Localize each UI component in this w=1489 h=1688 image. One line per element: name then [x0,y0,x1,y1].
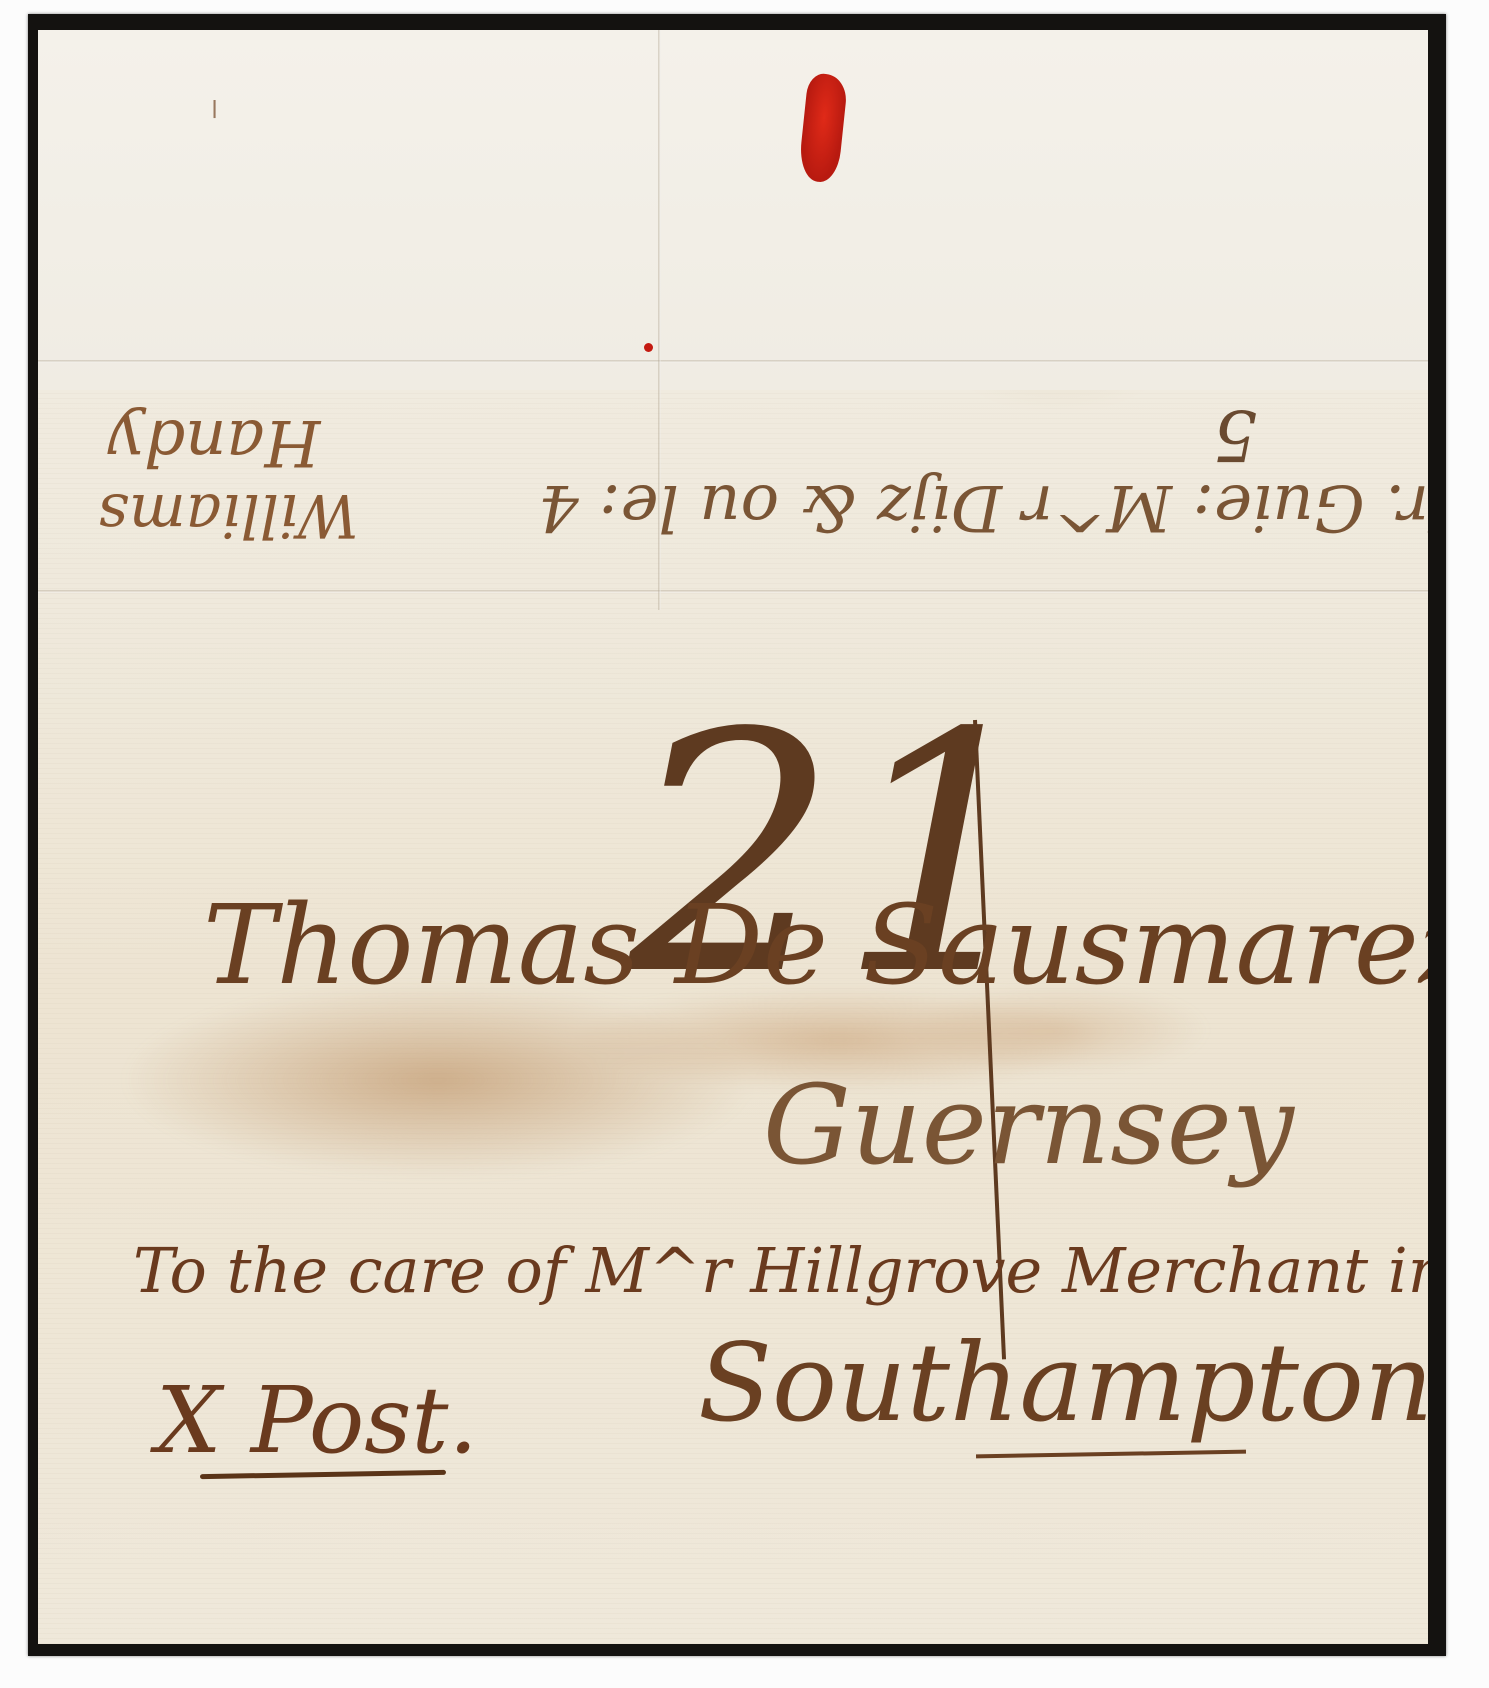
fold-line [38,360,1428,363]
care-of-line: To the care of M^r Hillgrove Merchant in [133,1240,1428,1302]
postmark-handstamp: — [198,100,233,128]
addressee-place: Guernsey [763,1070,1294,1180]
fold-line [38,590,1428,593]
docket-line-1: Handy [108,410,320,474]
docket-line-3: Mr. Guie: M^r Dijz & ou le: 4 [538,475,1428,539]
city-underline [976,1450,1246,1459]
letter-sheet: — Handy Williams Mr. Guie: M^r Dijz & ou… [38,30,1428,1644]
docket-number: 5 [1213,400,1258,470]
wax-seal-fleck [644,343,653,352]
forwarding-city: Southampton [698,1330,1428,1438]
top-flap [38,30,1428,390]
docket-line-2: Williams [98,485,359,545]
route-instruction: X Post. [156,1375,478,1467]
addressee-name: Thomas De Sausmarez Esq^r [203,890,1428,1000]
